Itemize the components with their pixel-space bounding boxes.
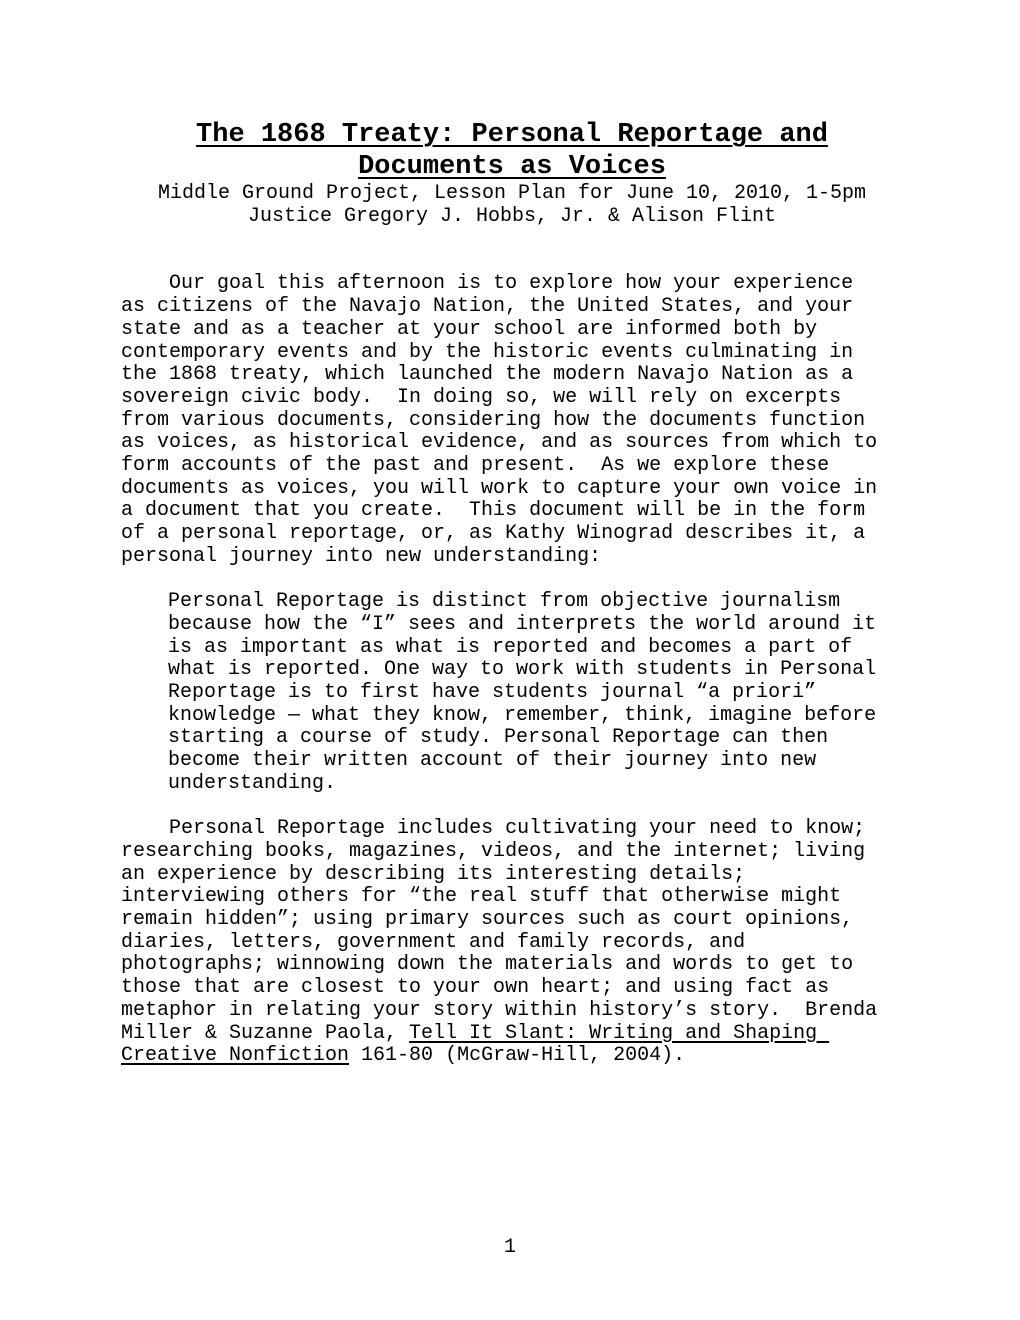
paragraph-closing-text: Personal Reportage includes cultivating … — [121, 817, 877, 1044]
document-subtitle-line1: Middle Ground Project, Lesson Plan for J… — [121, 183, 903, 206]
paragraph-closing-citation: 161-80 (McGraw-Hill, 2004). — [349, 1044, 685, 1067]
paragraph-intro: Our goal this afternoon is to explore ho… — [121, 273, 903, 568]
document-subtitle-line2: Justice Gregory J. Hobbs, Jr. & Alison F… — [121, 206, 903, 229]
paragraph-closing: Personal Reportage includes cultivating … — [121, 818, 903, 1068]
document-page: The 1868 Treaty: Personal Reportage and … — [0, 0, 1020, 1320]
block-quote-personal-reportage: Personal Reportage is distinct from obje… — [168, 591, 903, 795]
book-title-line2: Creative Nonfiction — [121, 1044, 349, 1067]
page-number: 1 — [0, 1237, 1020, 1260]
document-content: The 1868 Treaty: Personal Reportage and … — [121, 119, 903, 1068]
document-title-line2: Documents as Voices — [121, 151, 903, 183]
book-title-line1: Tell It Slant: Writing and Shaping — [409, 1022, 829, 1045]
document-title-line1: The 1868 Treaty: Personal Reportage and — [121, 119, 903, 151]
